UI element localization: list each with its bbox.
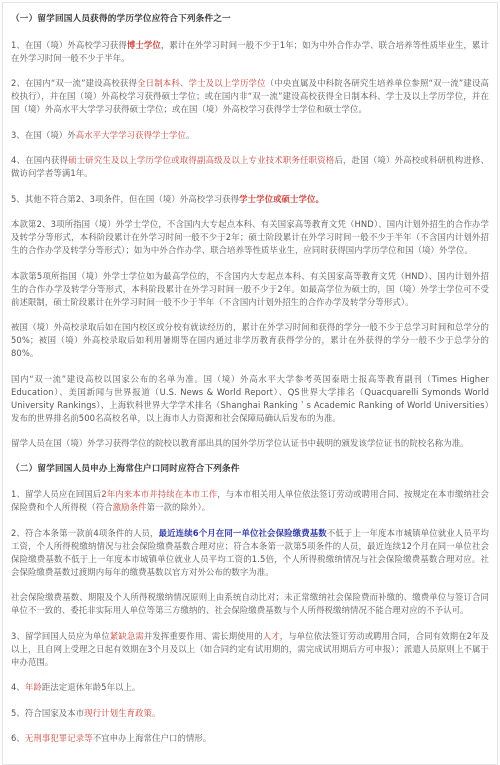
paragraph: 国内“双一流”建设高校以国家公布的名单为准。国（境）外高水平大学参考英国泰晤士报… [11, 373, 489, 425]
paragraph: 6、无刑事犯罪记录等不宜申办上海常住户口的情形。 [11, 732, 489, 745]
paragraph: 5、符合国家及本市现行计划生育政策。 [11, 707, 489, 720]
text-segment: 不宜申办上海常住户口的情形。 [93, 733, 212, 743]
text-segment: 2、符合本条第一款前4项条件的人员， [11, 528, 159, 538]
text-segment: 1、在国（境）外高校学习获得 [11, 40, 127, 50]
text-segment: 本款第5项所指国（境）外学士学位如为最高学位的，不含国内大专起点本科、有关国家高… [11, 271, 489, 307]
section-heading: （二）留学回国人员申办上海常住户口同时应符合下列条件 [11, 463, 489, 476]
paragraph: 2、在国内“双一流”建设高校获得全日制本科、学士及以上学历学位（中央直属及中科院… [11, 77, 489, 116]
text-segment: 距法定退休年龄5年以上。 [42, 682, 141, 692]
paragraph: 本款第2、3项所指国（境）外学士学位，不含国内大专起点本科、有关国家高等教育文凭… [11, 218, 489, 257]
text-segment: 硕士研究生及以上学历学位或取得副高级及以上专业技术职务任职资格 [68, 155, 334, 165]
paragraph: 5、其他不符合第2、3项条件，但在国（境）外高校学习获得学士学位或硕士学位。 [11, 193, 489, 206]
text-segment: 5、其他不符合第2、3项条件，但在国（境）外高校学习获得 [11, 194, 239, 204]
text-segment: 。 [186, 130, 194, 140]
text-segment: 4、在国内获得 [11, 155, 68, 165]
text-segment: 激励条件 [113, 502, 147, 512]
text-segment: 4、 [11, 682, 25, 692]
text-segment: 国内“双一流”建设高校以国家公布的名单为准。国（境）外高水平大学参考英国泰晤士报… [11, 374, 489, 423]
text-segment: 年龄 [25, 682, 42, 692]
paragraph: 3、在国（境）外高水平大学学习获得学士学位。 [11, 129, 489, 142]
text-segment: 本款第2、3项所指国（境）外学士学位，不含国内大专起点本科、有关国家高等教育文凭… [11, 219, 489, 255]
text-segment: 1、留学人员应在回国后 [11, 489, 101, 499]
text-segment: 2、在国内“双一流”建设高校获得 [11, 78, 137, 88]
article-card: （一）留学回国人员获得的学历学位应符合下列条件之一1、在国（境）外高校学习获得博… [2, 2, 498, 765]
paragraph: 本款第5项所指国（境）外学士学位如为最高学位的，不含国内大专起点本科、有关国家高… [11, 270, 489, 309]
text-segment: 5、符合国家及本市 [11, 708, 84, 718]
paragraph: 被国（境）外高校录取后如在国内校区或分校有就读经历的，累计在外学习时间和获得的学… [11, 321, 489, 360]
document-body: （一）留学回国人员获得的学历学位应符合下列条件之一1、在国（境）外高校学习获得博… [11, 13, 489, 745]
paragraph: 4、年龄距法定退休年龄5年以上。 [11, 681, 489, 694]
text-segment: 现行计划生育政策。 [84, 708, 160, 718]
text-segment: 6、 [11, 733, 25, 743]
text-segment: 最近连续6个月在同一单位社会保险缴费基数 [159, 528, 327, 538]
text-segment: 社会保险缴费基数、期限及个人所得税缴纳情况原则上由系统自动比对；未正常缴纳社会保… [11, 592, 489, 615]
section-heading: （一）留学回国人员获得的学历学位应符合下列条件之一 [11, 13, 489, 26]
text-segment: 并发挥重要作用、需长期使用的 [144, 631, 263, 641]
text-segment: 高水平大学学习获得学士学位 [76, 130, 186, 140]
text-segment: 第一款的除外）。 [147, 502, 211, 512]
paragraph: 1、在国（境）外高校学习获得博士学位，累计在外学习时间一般不少于1年；如为中外合… [11, 39, 489, 65]
text-segment: 博士学位 [127, 40, 161, 50]
text-segment: 留学人员在国（境）外学习获得学位的院校以教育部出具的国外学历学位认证书中载明的颁… [11, 438, 469, 448]
paragraph: 2、符合本条第一款前4项条件的人员，最近连续6个月在同一单位社会保险缴费基数不低… [11, 527, 489, 579]
text-segment: 3、在国（境）外 [11, 130, 76, 140]
text-segment: 3、留学回国人员应为单位 [11, 631, 110, 641]
paragraph: 社会保险缴费基数、期限及个人所得税缴纳情况原则上由系统自动比对；未正常缴纳社会保… [11, 591, 489, 617]
text-segment: 人才 [263, 631, 280, 641]
paragraph: 4、在国内获得硕士研究生及以上学历学位或取得副高级及以上专业技术职务任职资格后，… [11, 154, 489, 180]
text-segment: 无刑事犯罪记录等 [25, 733, 93, 743]
text-segment: 全日制本科、学士及以上学历学位 [137, 78, 266, 88]
text-segment: 学士学位或硕士学位。 [239, 194, 324, 204]
text-segment: 紧缺急需 [110, 631, 144, 641]
paragraph: 1、留学人员应在回国后2年内来本市并持续在本市工作，与本市相关用人单位依法签订劳… [11, 488, 489, 514]
paragraph: 留学人员在国（境）外学习获得学位的院校以教育部出具的国外学历学位认证书中载明的颁… [11, 437, 489, 450]
text-segment: 被国（境）外高校录取后如在国内校区或分校有就读经历的，累计在外学习时间和获得的学… [11, 322, 489, 358]
paragraph: 3、留学回国人员应为单位紧缺急需并发挥重要作用、需长期使用的人才，与单位依法签订… [11, 630, 489, 669]
text-segment: 2年内来本市并持续在本市工作 [101, 489, 217, 499]
